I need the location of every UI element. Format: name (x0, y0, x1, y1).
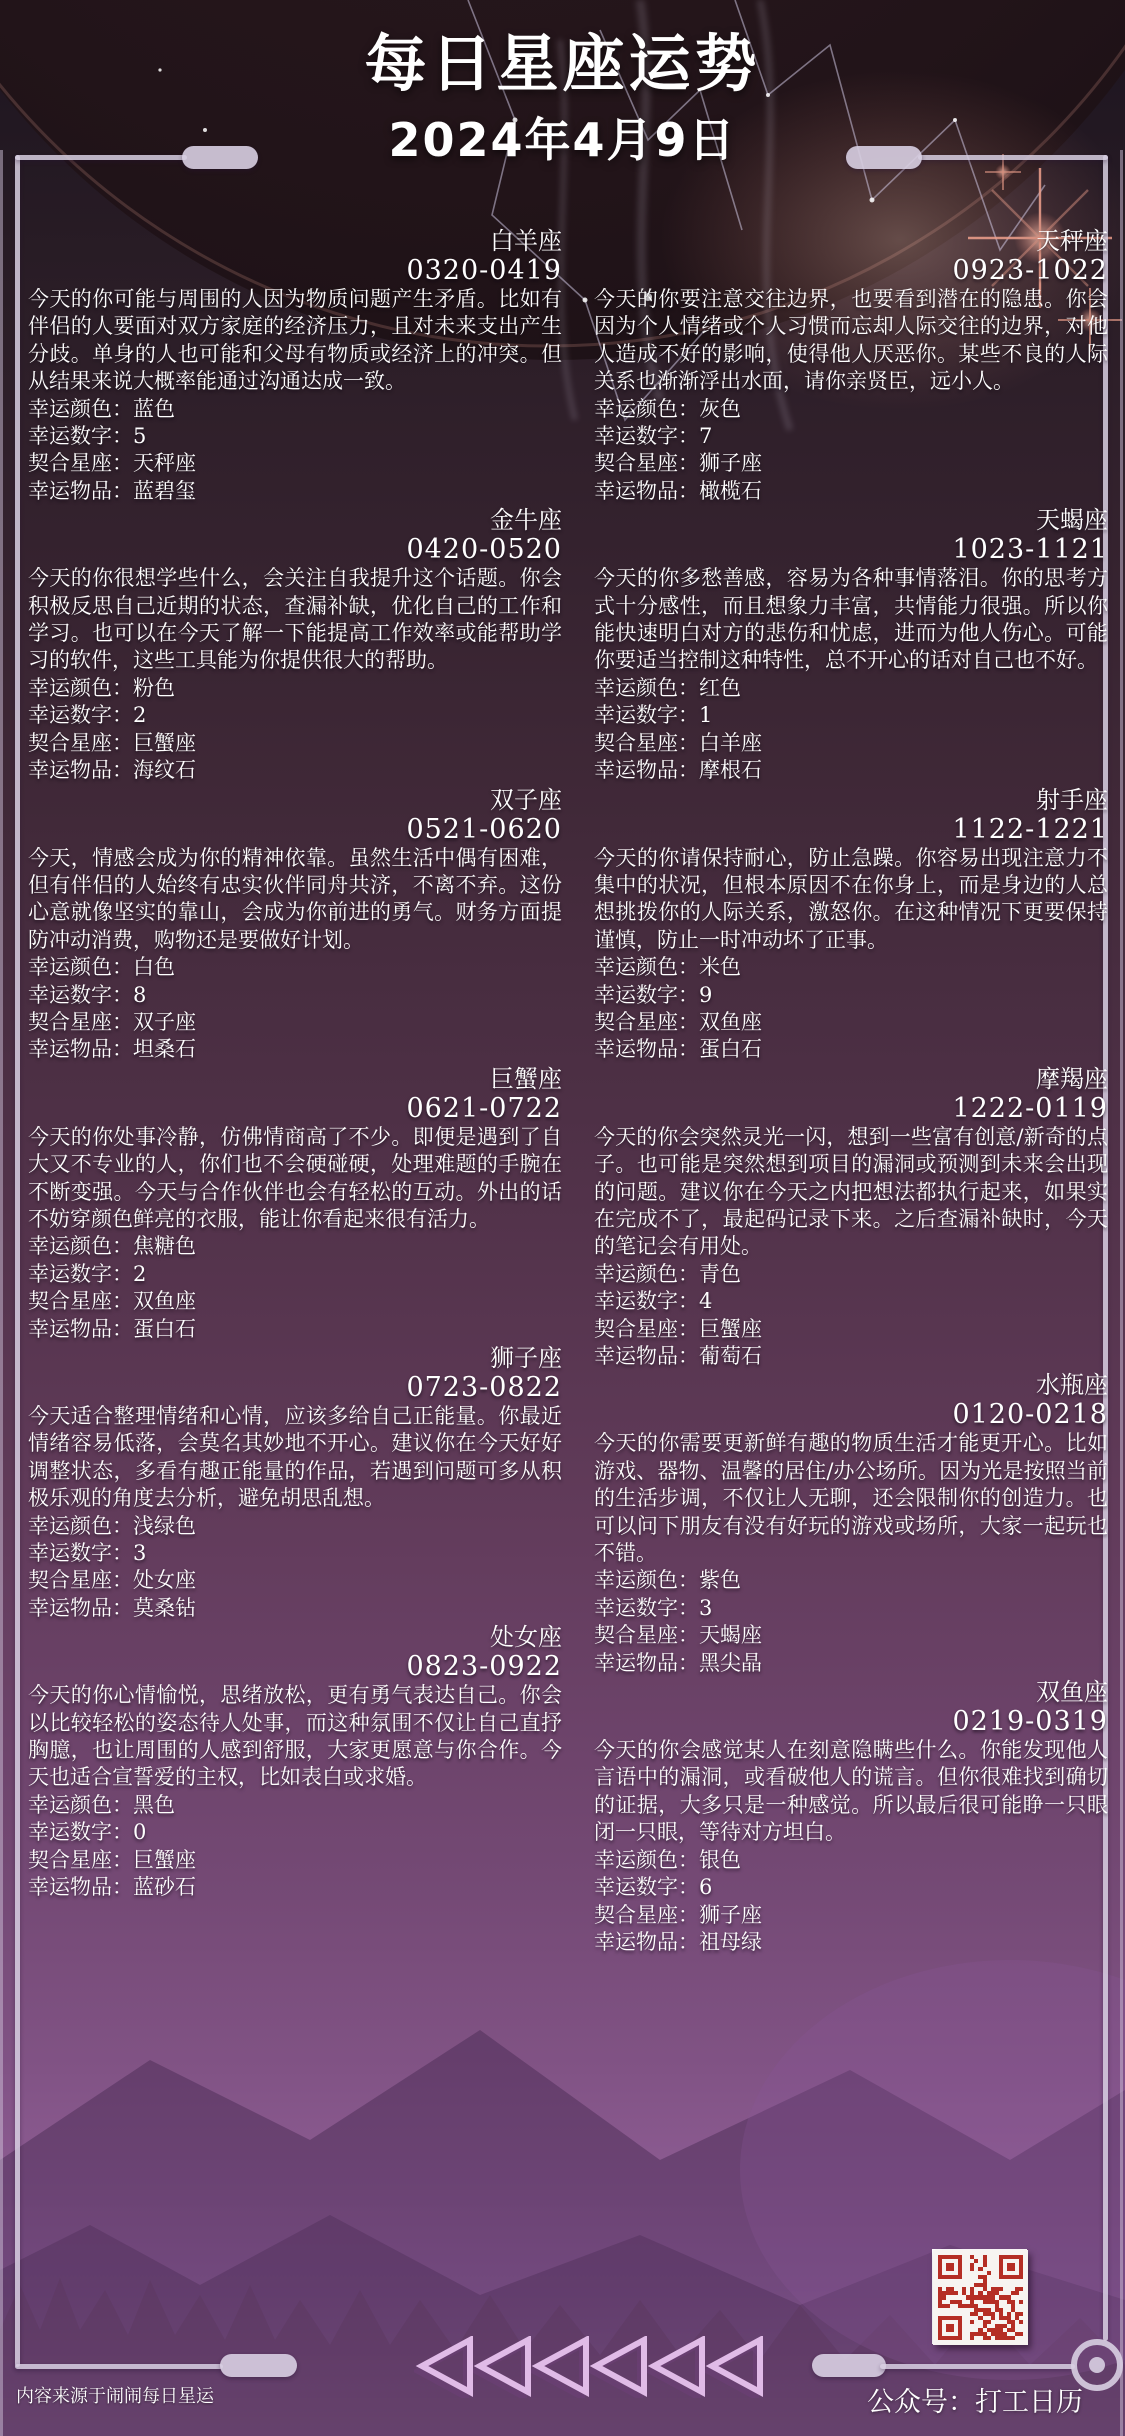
right-edge-line (1120, 150, 1123, 2436)
match-sign: 契合星座：双鱼座 (594, 1009, 1108, 1036)
match-sign: 契合星座：狮子座 (594, 1902, 1108, 1929)
lucky-color: 幸运颜色：青色 (594, 1261, 1108, 1288)
sign-name: 双鱼座 (594, 1677, 1108, 1707)
sign-forecast: 今天适合整理情绪和心情，应该多给自己正能量。你最近情绪容易低落，会莫名其妙地不开… (28, 1403, 562, 1513)
zodiac-section: 处女座 0823-0922 今天的你心情愉悦，思绪放松，更有勇气表达自己。你会以… (28, 1622, 562, 1901)
lucky-number: 幸运数字：6 (594, 1874, 1108, 1901)
frame-ring-dot (1089, 2357, 1105, 2373)
lucky-color: 幸运颜色：黑色 (28, 1792, 562, 1819)
sign-dates: 0723-0822 (28, 1373, 562, 1403)
frame-bottom-right-segment (880, 2364, 1075, 2369)
match-sign: 契合星座：白羊座 (594, 730, 1108, 757)
lucky-number: 幸运数字：3 (28, 1540, 562, 1567)
match-sign: 契合星座：巨蟹座 (28, 1847, 562, 1874)
lucky-number: 幸运数字：8 (28, 982, 562, 1009)
lucky-item: 幸运物品：橄榄石 (594, 478, 1108, 505)
zodiac-section: 射手座 1122-1221 今天的你请保持耐心，防止急躁。你容易出现注意力不集中… (594, 785, 1108, 1064)
qr-finder-bottom-left (938, 2316, 962, 2340)
lucky-number: 幸运数字：9 (594, 982, 1108, 1009)
zodiac-section: 狮子座 0723-0822 今天适合整理情绪和心情，应该多给自己正能量。你最近情… (28, 1343, 562, 1622)
lucky-color: 幸运颜色：红色 (594, 675, 1108, 702)
lucky-color: 幸运颜色：银色 (594, 1847, 1108, 1874)
lucky-item: 幸运物品：蛋白石 (28, 1316, 562, 1343)
sign-forecast: 今天的你多愁善感，容易为各种事情落泪。你的思考方式十分感性，而且想象力丰富，共情… (594, 565, 1108, 675)
lucky-color: 幸运颜色：粉色 (28, 675, 562, 702)
sign-dates: 0823-0922 (28, 1652, 562, 1682)
sign-name: 白羊座 (28, 226, 562, 256)
sign-dates: 1222-0119 (594, 1094, 1108, 1124)
zodiac-section: 双鱼座 0219-0319 今天的你会感觉某人在刻意隐瞒些什么。你能发现他人言语… (594, 1677, 1108, 1956)
lucky-item: 幸运物品：坦桑石 (28, 1036, 562, 1063)
content-source-text: 内容来源于闹闹每日星运 (16, 2382, 214, 2408)
match-sign: 契合星座：狮子座 (594, 450, 1108, 477)
sign-forecast: 今天的你很想学些什么，会关注自我提升这个话题。你会积极反思自己近期的状态，查漏补… (28, 565, 562, 675)
official-account-text: 公众号：打工日历 (867, 2380, 1083, 2419)
zodiac-section: 双子座 0521-0620 今天，情感会成为你的精神依靠。虽然生活中偶有困难，但… (28, 785, 562, 1064)
lucky-color: 幸运颜色：紫色 (594, 1567, 1108, 1594)
lucky-color: 幸运颜色：白色 (28, 954, 562, 981)
lucky-item: 幸运物品：莫桑钻 (28, 1595, 562, 1622)
zodiac-column-left: 白羊座 0320-0419 今天的你可能与周围的人因为物质问题产生矛盾。比如有伴… (28, 226, 562, 1902)
match-sign: 契合星座：巨蟹座 (28, 730, 562, 757)
frame-handle-bottom-left (220, 2354, 297, 2377)
qr-pattern (938, 2255, 1023, 2340)
match-sign: 契合星座：处女座 (28, 1567, 562, 1594)
sign-name: 天蝎座 (594, 505, 1108, 535)
sign-forecast: 今天的你可能与周围的人因为物质问题产生矛盾。比如有伴侣的人要面对双方家庭的经济压… (28, 286, 562, 396)
horoscope-poster: 每日星座运势 2024年4月9日 白羊座 0320-0419 今天的你可能与周围… (0, 0, 1125, 2436)
sign-dates: 1122-1221 (594, 815, 1108, 845)
lucky-color: 幸运颜色：米色 (594, 954, 1108, 981)
sign-dates: 0120-0218 (594, 1400, 1108, 1430)
page-date: 2024年4月9日 (0, 104, 1125, 170)
lucky-number: 幸运数字：4 (594, 1288, 1108, 1315)
match-sign: 契合星座：双子座 (28, 1009, 562, 1036)
sign-forecast: 今天的你心情愉悦，思绪放松，更有勇气表达自己。你会以比较轻松的姿态待人处事，而这… (28, 1682, 562, 1792)
sign-name: 水瓶座 (594, 1370, 1108, 1400)
sign-name: 巨蟹座 (28, 1064, 562, 1094)
sign-forecast: 今天的你处事冷静，仿佛情商高了不少。即便是遇到了自大又不专业的人，你们也不会硬碰… (28, 1124, 562, 1234)
zodiac-section: 天秤座 0923-1022 今天的你要注意交往边界，也要看到潜在的隐患。你会因为… (594, 226, 1108, 505)
sign-name: 处女座 (28, 1622, 562, 1652)
sign-forecast: 今天的你会突然灵光一闪，想到一些富有创意/新奇的点子。也可能是突然想到项目的漏洞… (594, 1124, 1108, 1261)
qr-finder-top-left (938, 2255, 962, 2279)
sign-dates: 0320-0419 (28, 256, 562, 286)
sign-dates: 0521-0620 (28, 815, 562, 845)
lucky-color: 幸运颜色：蓝色 (28, 396, 562, 423)
zodiac-column-right: 天秤座 0923-1022 今天的你要注意交往边界，也要看到潜在的隐患。你会因为… (594, 226, 1108, 1956)
lucky-color: 幸运颜色：焦糖色 (28, 1233, 562, 1260)
sign-dates: 1023-1121 (594, 535, 1108, 565)
lucky-number: 幸运数字：3 (594, 1595, 1108, 1622)
match-sign: 契合星座：巨蟹座 (594, 1316, 1108, 1343)
qr-code (933, 2250, 1028, 2345)
match-sign: 契合星座：天蝎座 (594, 1622, 1108, 1649)
lucky-item: 幸运物品：摩根石 (594, 757, 1108, 784)
lucky-item: 幸运物品：葡萄石 (594, 1343, 1108, 1370)
lucky-item: 幸运物品：海纹石 (28, 757, 562, 784)
lucky-item: 幸运物品：蓝碧玺 (28, 478, 562, 505)
lucky-item: 幸运物品：蓝砂石 (28, 1874, 562, 1901)
sign-name: 金牛座 (28, 505, 562, 535)
lucky-item: 幸运物品：蛋白石 (594, 1036, 1108, 1063)
lucky-item: 幸运物品：黑尖晶 (594, 1650, 1108, 1677)
sign-dates: 0420-0520 (28, 535, 562, 565)
sign-name: 射手座 (594, 785, 1108, 815)
frame-left-line (15, 155, 20, 2367)
sign-forecast: 今天的你请保持耐心，防止急躁。你容易出现注意力不集中的状况，但根本原因不在你身上… (594, 845, 1108, 955)
lucky-color: 幸运颜色：浅绿色 (28, 1513, 562, 1540)
sign-dates: 0219-0319 (594, 1707, 1108, 1737)
zodiac-section: 白羊座 0320-0419 今天的你可能与周围的人因为物质问题产生矛盾。比如有伴… (28, 226, 562, 505)
left-edge-line (0, 150, 3, 2436)
sign-name: 双子座 (28, 785, 562, 815)
sign-dates: 0923-1022 (594, 256, 1108, 286)
page-title: 每日星座运势 (0, 14, 1125, 103)
match-sign: 契合星座：双鱼座 (28, 1288, 562, 1315)
sign-dates: 0621-0722 (28, 1094, 562, 1124)
zodiac-section: 天蝎座 1023-1121 今天的你多愁善感，容易为各种事情落泪。你的思考方式十… (594, 505, 1108, 784)
zodiac-section: 水瓶座 0120-0218 今天的你需要更新鲜有趣的物质生活才能更开心。比如游戏… (594, 1370, 1108, 1677)
match-sign: 契合星座：天秤座 (28, 450, 562, 477)
lucky-number: 幸运数字：1 (594, 702, 1108, 729)
triangle-arrows-decoration (414, 2336, 774, 2398)
lucky-number: 幸运数字：2 (28, 1261, 562, 1288)
sign-forecast: 今天的你要注意交往边界，也要看到潜在的隐患。你会因为个人情绪或个人习惯而忘却人际… (594, 286, 1108, 396)
sign-name: 狮子座 (28, 1343, 562, 1373)
lucky-number: 幸运数字：5 (28, 423, 562, 450)
lucky-number: 幸运数字：2 (28, 702, 562, 729)
frame-bottom-left-segment (15, 2364, 223, 2369)
zodiac-section: 巨蟹座 0621-0722 今天的你处事冷静，仿佛情商高了不少。即便是遇到了自大… (28, 1064, 562, 1343)
frame-handle-bottom-right (812, 2354, 886, 2377)
sign-forecast: 今天的你会感觉某人在刻意隐瞒些什么。你能发现他人言语中的漏洞，或看破他人的谎言。… (594, 1737, 1108, 1847)
sign-name: 摩羯座 (594, 1064, 1108, 1094)
lucky-item: 幸运物品：祖母绿 (594, 1929, 1108, 1956)
lucky-number: 幸运数字：0 (28, 1819, 562, 1846)
sign-name: 天秤座 (594, 226, 1108, 256)
zodiac-section: 金牛座 0420-0520 今天的你很想学些什么，会关注自我提升这个话题。你会积… (28, 505, 562, 784)
sign-forecast: 今天，情感会成为你的精神依靠。虽然生活中偶有困难，但有伴侣的人始终有忠实伙伴同舟… (28, 845, 562, 955)
lucky-color: 幸运颜色：灰色 (594, 396, 1108, 423)
zodiac-section: 摩羯座 1222-0119 今天的你会突然灵光一闪，想到一些富有创意/新奇的点子… (594, 1064, 1108, 1371)
sign-forecast: 今天的你需要更新鲜有趣的物质生活才能更开心。比如游戏、器物、温馨的居住/办公场所… (594, 1430, 1108, 1567)
lucky-number: 幸运数字：7 (594, 423, 1108, 450)
qr-finder-top-right (999, 2255, 1023, 2279)
